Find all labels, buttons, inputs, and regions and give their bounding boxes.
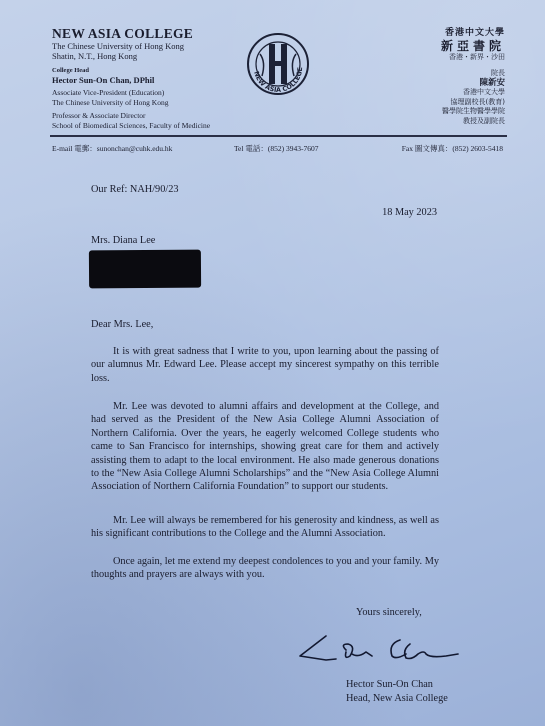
zh-position1-org: 香港中文大學: [345, 88, 505, 98]
recipient-name: Mrs. Diana Lee: [91, 234, 439, 247]
zh-head-name: 陳新安: [345, 78, 505, 88]
letter-date: 18 May 2023: [382, 207, 437, 218]
college-address: Shatin, N.T., Hong Kong: [52, 51, 252, 61]
letter-page: NEW ASIA COLLEGE The Chinese University …: [0, 0, 545, 726]
position2-org: School of Biomedical Sciences, Faculty o…: [52, 121, 252, 131]
zh-college-name: 新亞書院: [345, 39, 505, 53]
reference-number: Our Ref: NAH/90/23: [91, 183, 439, 196]
signatory-title: Head, New Asia College: [346, 692, 448, 706]
head-name: Hector Sun-On Chan, DPhil: [52, 75, 252, 85]
zh-address: 香港・新界・沙田: [345, 53, 505, 63]
role-label: College Head: [52, 67, 252, 75]
paragraph-4: Once again, let me extend my deepest con…: [91, 555, 439, 582]
contact-email: E-mail 電郵：sunonchan@cuhk.edu.hk: [52, 143, 172, 154]
paragraph-3: Mr. Lee will always be remembered for hi…: [91, 514, 439, 541]
closing: Yours sincerely,: [356, 607, 422, 618]
university-name: The Chinese University of Hong Kong: [52, 41, 252, 51]
paragraph-1: It is with great sadness that I write to…: [91, 345, 439, 385]
salutation: Dear Mrs. Lee,: [91, 318, 439, 331]
zh-role-label: 院長: [345, 69, 505, 79]
svg-text:NEW ASIA COLLEGE: NEW ASIA COLLEGE: [252, 67, 304, 94]
letterhead-left: NEW ASIA COLLEGE The Chinese University …: [52, 26, 252, 131]
letterhead-divider: [50, 135, 507, 137]
signature-icon: [296, 630, 466, 670]
contact-fax: Fax 圖文傳真：(852) 2603-5418: [402, 143, 503, 154]
position1-org: The Chinese University of Hong Kong: [52, 98, 252, 108]
position2: Professor & Associate Director: [52, 111, 252, 121]
position1: Associate Vice-President (Education): [52, 88, 252, 98]
zh-university: 香港中文大學: [345, 28, 505, 39]
zh-position1: 協理副校長(教育): [345, 98, 505, 108]
signatory-name: Hector Sun-On Chan: [346, 678, 448, 692]
paragraph-2: Mr. Lee was devoted to alumni affairs an…: [91, 400, 439, 494]
college-name: NEW ASIA COLLEGE: [52, 26, 252, 41]
zh-position2: 教授及副院長: [345, 117, 505, 127]
college-seal-icon: NEW ASIA COLLEGE: [246, 32, 310, 96]
letterhead-right: 香港中文大學 新亞書院 香港・新界・沙田 院長 陳新安 香港中文大學 協理副校長…: [345, 28, 505, 126]
redacted-address: [89, 250, 201, 289]
signatory-block: Hector Sun-On Chan Head, New Asia Colleg…: [346, 678, 448, 705]
contact-tel: Tel 電話：(852) 3943-7607: [234, 143, 318, 154]
zh-position2-org: 醫學院生物醫學學院: [345, 107, 505, 117]
